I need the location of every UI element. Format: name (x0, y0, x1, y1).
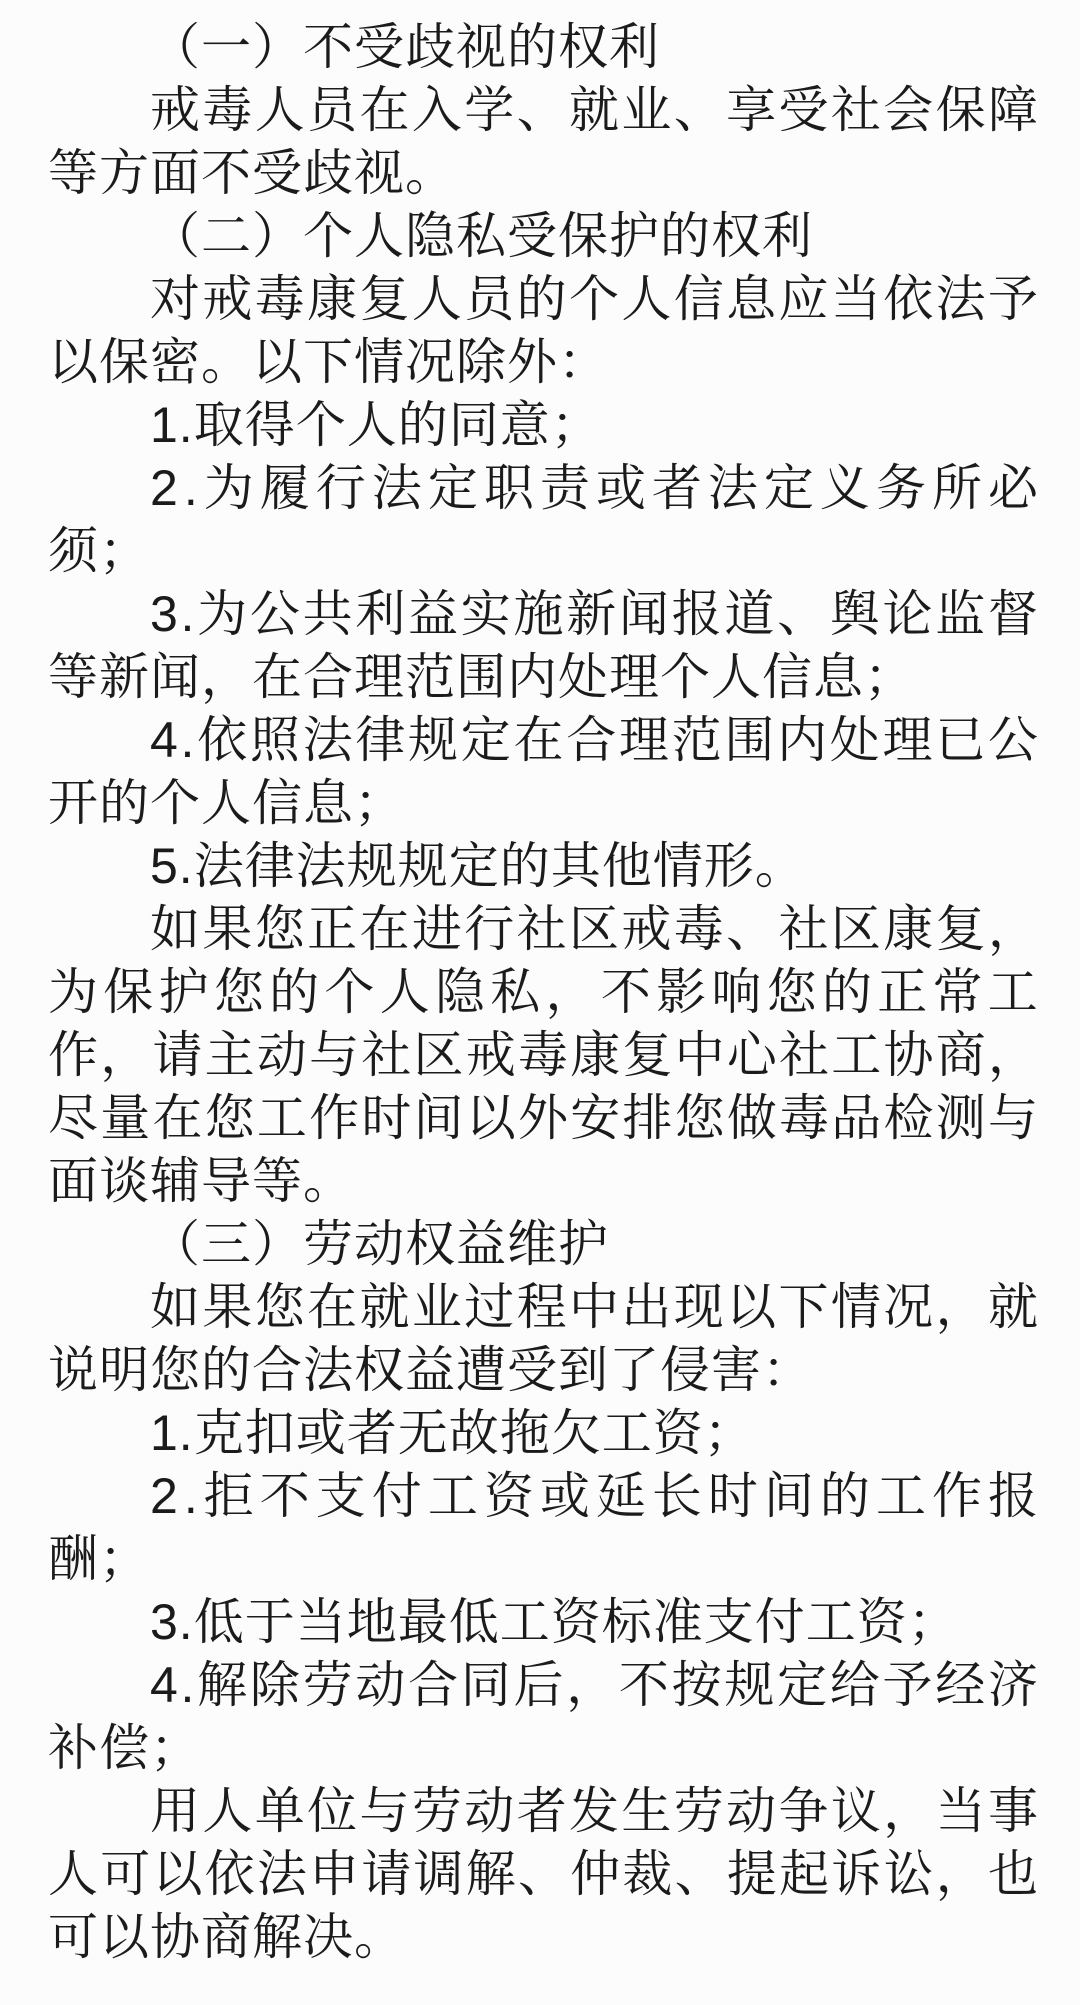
text-line: 4.依照法律规定在合理范围内处理已公 (48, 709, 1038, 772)
text-lines-container: （一）不受歧视的权利戒毒人员在入学、就业、享受社会保障等方面不受歧视。（二）个人… (48, 16, 1038, 1969)
text-line: 戒毒人员在入学、就业、享受社会保障 (48, 79, 1038, 142)
text-line: 2.拒不支付工资或延长时间的工作报 (48, 1465, 1038, 1528)
text-line: 作，请主动与社区戒毒康复中心社工协商， (48, 1024, 1038, 1087)
text-line: 尽量在您工作时间以外安排您做毒品检测与 (48, 1087, 1038, 1150)
text-line: 用人单位与劳动者发生劳动争议，当事 (48, 1780, 1038, 1843)
text-line: 对戒毒康复人员的个人信息应当依法予 (48, 268, 1038, 331)
text-line: 2.为履行法定职责或者法定义务所必 (48, 457, 1038, 520)
text-line: 等方面不受歧视。 (48, 142, 1038, 205)
text-line: 为保护您的个人隐私，不影响您的正常工 (48, 961, 1038, 1024)
text-line: 5.法律法规规定的其他情形。 (48, 835, 1038, 898)
text-line: （三）劳动权益维护 (48, 1213, 1038, 1276)
text-line: 说明您的合法权益遭受到了侵害： (48, 1339, 1038, 1402)
text-line: 1.克扣或者无故拖欠工资； (48, 1402, 1038, 1465)
text-line: 开的个人信息； (48, 772, 1038, 835)
text-line: 须； (48, 520, 1038, 583)
text-line: （一）不受歧视的权利 (48, 16, 1038, 79)
text-line: 酬； (48, 1528, 1038, 1591)
text-line: 面谈辅导等。 (48, 1150, 1038, 1213)
text-line: 3.低于当地最低工资标准支付工资； (48, 1591, 1038, 1654)
text-line: 等新闻，在合理范围内处理个人信息； (48, 646, 1038, 709)
text-line: 1.取得个人的同意； (48, 394, 1038, 457)
document-page: （一）不受歧视的权利戒毒人员在入学、就业、享受社会保障等方面不受歧视。（二）个人… (0, 0, 1080, 2005)
text-line: 3.为公共利益实施新闻报道、舆论监督 (48, 583, 1038, 646)
text-line: 4.解除劳动合同后，不按规定给予经济 (48, 1654, 1038, 1717)
text-line: 如果您正在进行社区戒毒、社区康复， (48, 898, 1038, 961)
text-line: （二）个人隐私受保护的权利 (48, 205, 1038, 268)
text-line: 可以协商解决。 (48, 1906, 1038, 1969)
text-line: 补偿； (48, 1717, 1038, 1780)
text-line: 以保密。以下情况除外： (48, 331, 1038, 394)
text-line: 如果您在就业过程中出现以下情况，就 (48, 1276, 1038, 1339)
text-line: 人可以依法申请调解、仲裁、提起诉讼，也 (48, 1843, 1038, 1906)
